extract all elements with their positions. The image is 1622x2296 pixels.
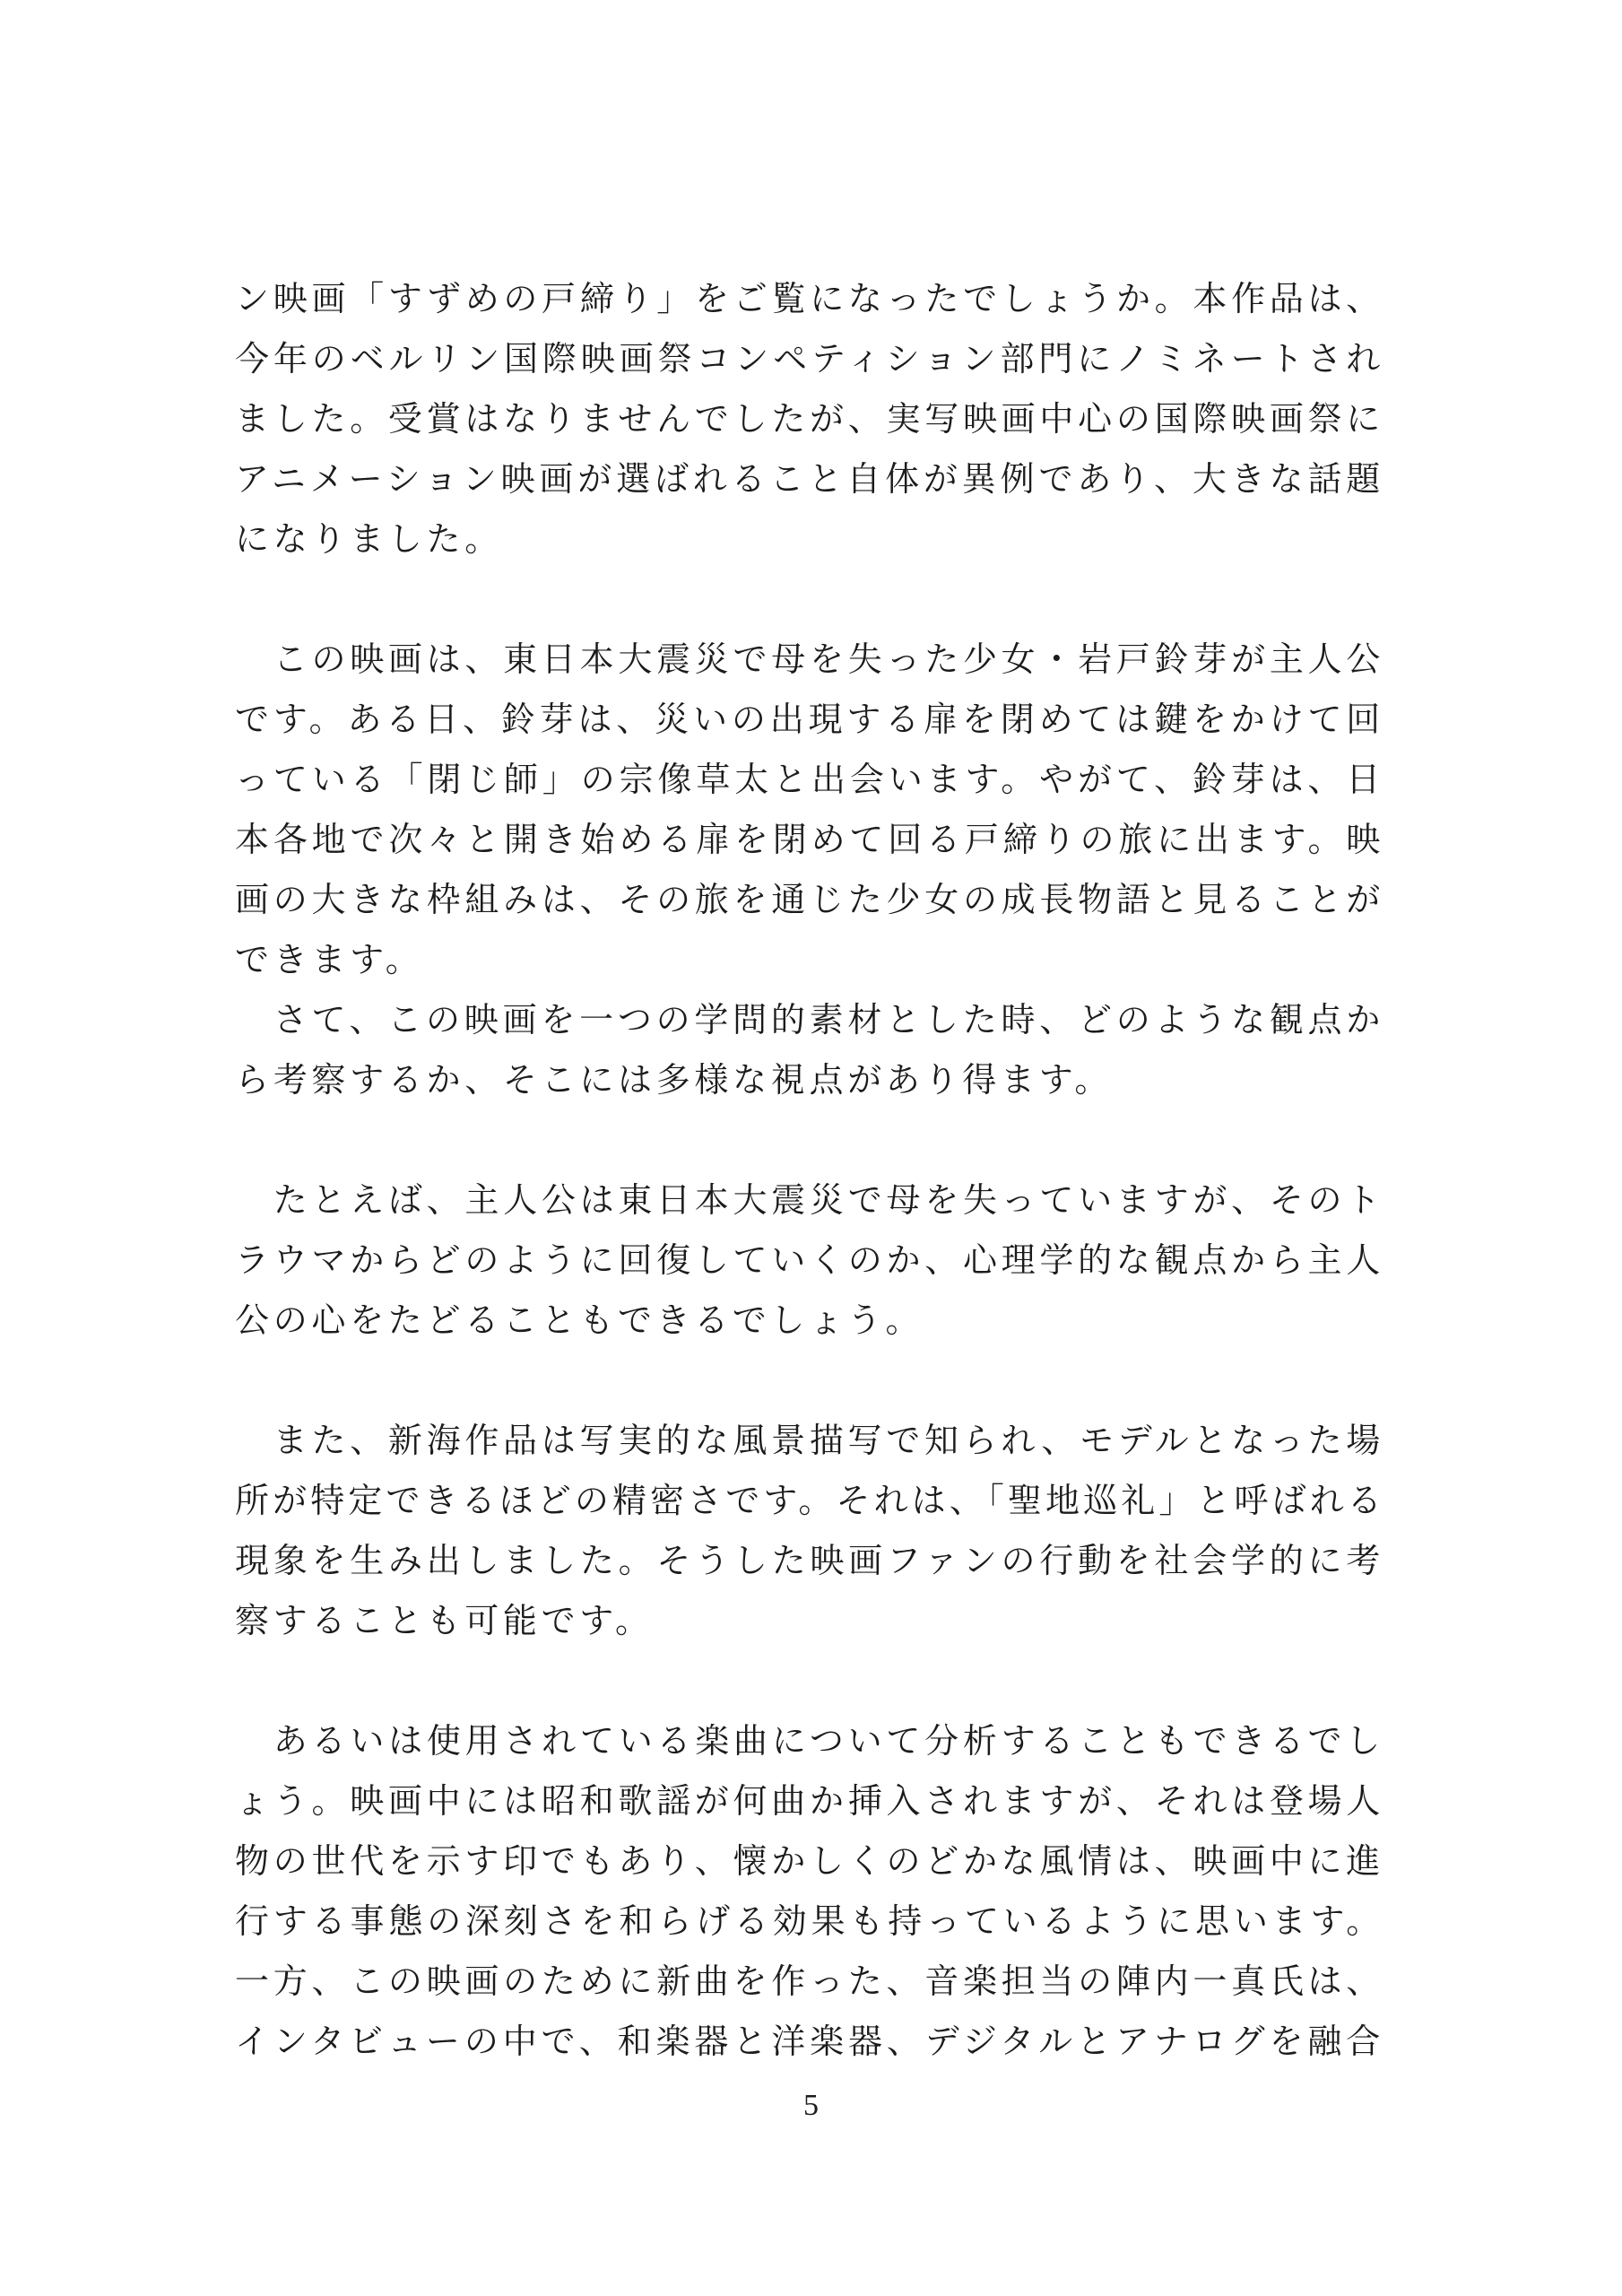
text-line: この映画は、東日本大震災で母を失った少女・岩戸鈴芽が主人公	[235, 631, 1384, 691]
text-line: さて、この映画を一つの学問的素材とした時、どのような観点か	[235, 991, 1384, 1051]
body-text: ン映画「すずめの戸締り」をご覧になったでしょうか。本作品は、 今年のベルリン国際…	[235, 270, 1384, 2073]
text-line: になりました。	[235, 510, 1384, 570]
text-line: 行する事態の深刻さを和らげる効果も持っているように思います。	[235, 1892, 1384, 1952]
page-number: 5	[0, 2088, 1622, 2124]
text-line: 察することも可能です。	[235, 1592, 1384, 1652]
text-line: 一方、この映画のために新曲を作った、音楽担当の陣内一真氏は、	[235, 1952, 1384, 2013]
text-line: 公の心をたどることもできるでしょう。	[235, 1291, 1384, 1352]
text-line: 今年のベルリン国際映画祭コンペティション部門にノミネートされ	[235, 330, 1384, 390]
text-line: っている「閉じ師」の宗像草太と出会います。やがて、鈴芽は、日	[235, 751, 1384, 811]
text-line: たとえば、主人公は東日本大震災で母を失っていますが、そのト	[235, 1171, 1384, 1231]
text-line: ン映画「すずめの戸締り」をご覧になったでしょうか。本作品は、	[235, 270, 1384, 330]
text-line: また、新海作品は写実的な風景描写で知られ、モデルとなった場	[235, 1412, 1384, 1472]
text-line: アニメーション映画が選ばれること自体が異例であり、大きな話題	[235, 450, 1384, 510]
text-line: あるいは使用されている楽曲について分析することもできるでし	[235, 1712, 1384, 1772]
text-line: 物の世代を示す印でもあり、懐かしくのどかな風情は、映画中に進	[235, 1832, 1384, 1892]
text-line: 所が特定できるほどの精密さです。それは、「聖地巡礼」と呼ばれる	[235, 1472, 1384, 1532]
text-line: ょう。映画中には昭和歌謡が何曲か挿入されますが、それは登場人	[235, 1772, 1384, 1832]
text-line: 本各地で次々と開き始める扉を閉めて回る戸締りの旅に出ます。映	[235, 811, 1384, 871]
text-line: インタビューの中で、和楽器と洋楽器、デジタルとアナログを融合	[235, 2013, 1384, 2073]
text-line: 現象を生み出しました。そうした映画ファンの行動を社会学的に考	[235, 1532, 1384, 1592]
text-line: ました。受賞はなりませんでしたが、実写映画中心の国際映画祭に	[235, 390, 1384, 450]
text-line: 画の大きな枠組みは、その旅を通じた少女の成長物語と見ることが	[235, 871, 1384, 931]
text-line: ら考察するか、そこには多様な視点があり得ます。	[235, 1051, 1384, 1111]
document-page: ン映画「すずめの戸締り」をご覧になったでしょうか。本作品は、 今年のベルリン国際…	[0, 0, 1622, 2296]
text-line: ラウマからどのように回復していくのか、心理学的な観点から主人	[235, 1231, 1384, 1291]
text-line: できます。	[235, 931, 1384, 991]
text-line: です。ある日、鈴芽は、災いの出現する扉を閉めては鍵をかけて回	[235, 691, 1384, 751]
